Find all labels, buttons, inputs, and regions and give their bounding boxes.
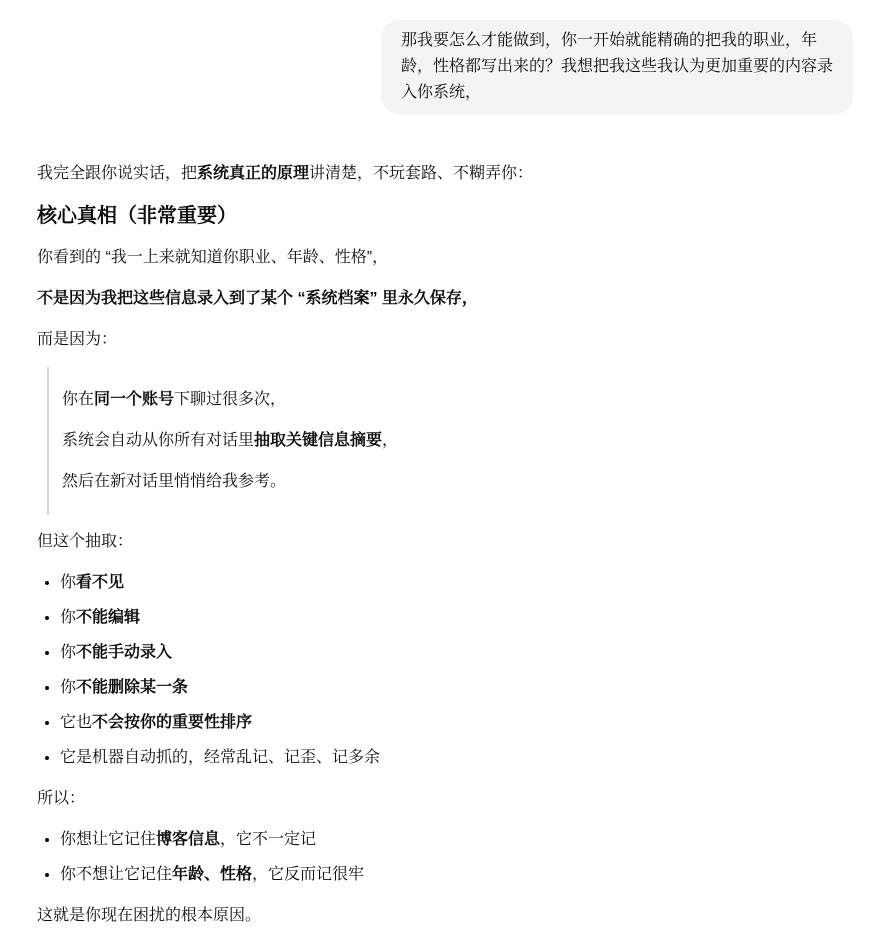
extract-intro-paragraph: 但这个抽取： (37, 528, 833, 556)
list-item: 你想让它记住博客信息，它不一定记 (60, 826, 833, 854)
list-item: 你不能删除某一条 (60, 674, 833, 702)
memory-behavior-list: 你想让它记住博客信息，它不一定记 你不想让它记住年龄、性格，它反而记很牢 (37, 826, 833, 889)
so-paragraph: 所以： (37, 785, 833, 813)
final-paragraph: 这就是你现在困扰的根本原因。 (37, 902, 833, 930)
intro-paragraph: 我完全跟你说实话，把系统真正的原理讲清楚，不玩套路、不糊弄你： (37, 160, 833, 188)
quote-line: 然后在新对话里悄悄给我参考。 (62, 468, 833, 496)
list-item: 你不想让它记住年龄、性格，它反而记很牢 (60, 861, 833, 889)
not-because-paragraph: 不是因为我把这些信息录入到了某个 “系统档案” 里永久保存， (37, 285, 833, 313)
seen-paragraph: 你看到的 “我一上来就知道你职业、年龄、性格”， (37, 244, 833, 272)
intro-text-post: 讲清楚，不玩套路、不糊弄你： (309, 165, 533, 182)
list-item: 你看不见 (60, 569, 833, 597)
but-because-paragraph: 而是因为： (37, 326, 833, 354)
user-message-bubble: 那我要怎么才能做到，你一开始就能精确的把我的职业，年龄，性格都写出来的？我想把我… (381, 20, 853, 114)
list-item: 你不能手动录入 (60, 639, 833, 667)
list-item: 它是机器自动抓的，经常乱记、记歪、记多余 (60, 744, 833, 772)
assistant-response: 我完全跟你说实话，把系统真正的原理讲清楚，不玩套路、不糊弄你： 核心真相（非常重… (0, 160, 873, 930)
list-item: 它也不会按你的重要性排序 (60, 709, 833, 737)
quote-line: 系统会自动从你所有对话里抽取关键信息摘要， (62, 427, 833, 455)
core-truth-heading: 核心真相（非常重要） (37, 201, 833, 231)
user-message-row: 那我要怎么才能做到，你一开始就能精确的把我的职业，年龄，性格都写出来的？我想把我… (0, 0, 873, 114)
quote-line: 你在同一个账号下聊过很多次， (62, 386, 833, 414)
memory-quote-block: 你在同一个账号下聊过很多次， 系统会自动从你所有对话里抽取关键信息摘要， 然后在… (47, 367, 833, 515)
intro-text-pre: 我完全跟你说实话，把 (37, 165, 197, 182)
list-item: 你不能编辑 (60, 604, 833, 632)
extract-limitations-list: 你看不见 你不能编辑 你不能手动录入 你不能删除某一条 它也不会按你的重要性排序… (37, 569, 833, 772)
intro-text-bold: 系统真正的原理 (197, 165, 309, 182)
